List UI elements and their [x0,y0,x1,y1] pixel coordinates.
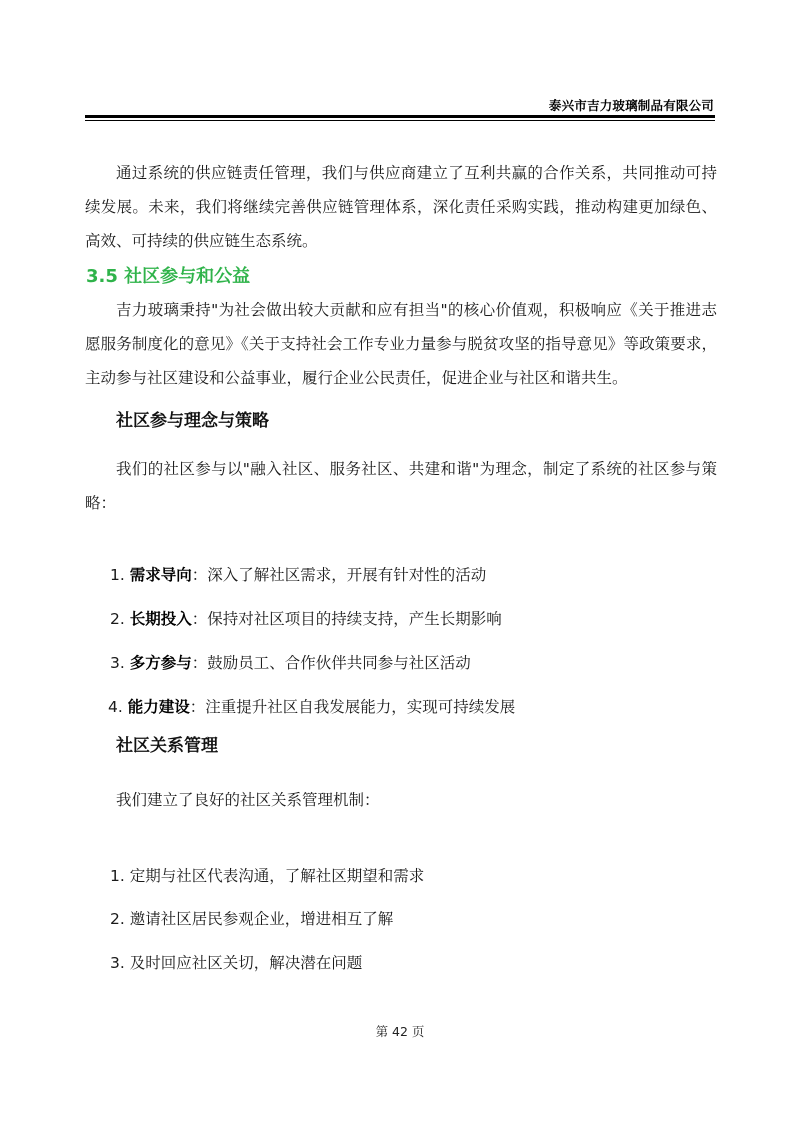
item-text: ：鼓励员工、合作伙伴共同参与社区活动 [192,654,471,672]
item-number: 1. [110,566,125,584]
item-term: 长期投入 [130,610,192,628]
strategy-list-item: 2. 长期投入：保持对社区项目的持续支持，产生长期影响 [110,607,502,629]
intro-paragraph: 通过系统的供应链责任管理，我们与供应商建立了互利共赢的合作关系，共同推动可持续发… [85,156,717,258]
section-paragraph: 吉力玻璃秉持"为社会做出较大贡献和应有担当"的核心价值观，积极响应《关于推进志愿… [85,293,717,395]
page-number: 第 42 页 [0,1022,800,1040]
item-term: 需求导向 [130,566,192,584]
item-term: 多方参与 [130,654,192,672]
relations-list-item: 1. 定期与社区代表沟通，了解社区期望和需求 [110,864,424,886]
strategy-paragraph: 我们的社区参与以"融入社区、服务社区、共建和谐"为理念，制定了系统的社区参与策略… [85,452,717,520]
relations-list-item: 3. 及时回应社区关切，解决潜在问题 [110,951,362,973]
item-text: ：深入了解社区需求，开展有针对性的活动 [192,566,487,584]
header-rule-thin [85,120,715,121]
strategy-list-item: 4. 能力建设：注重提升社区自我发展能力，实现可持续发展 [108,695,515,717]
relations-list-item: 2. 邀请社区居民参观企业，增进相互了解 [110,907,393,929]
strategy-list-item: 1. 需求导向：深入了解社区需求，开展有针对性的活动 [110,563,486,585]
header-rule-thick [85,115,715,118]
relations-intro: 我们建立了良好的社区关系管理机制： [116,788,380,810]
section-title: 3.5 社区参与和公益 [86,262,250,288]
item-term: 能力建设 [128,698,190,716]
header-company-name: 泰兴市吉力玻璃制品有限公司 [549,96,714,114]
document-page: 泰兴市吉力玻璃制品有限公司 通过系统的供应链责任管理，我们与供应商建立了互利共赢… [0,0,800,1131]
item-number: 2. [110,610,125,628]
item-number: 3. [110,654,125,672]
item-number: 4. [108,698,123,716]
item-text: ：注重提升社区自我发展能力，实现可持续发展 [190,698,516,716]
item-text: ：保持对社区项目的持续支持，产生长期影响 [192,610,502,628]
strategy-heading: 社区参与理念与策略 [116,406,269,431]
strategy-list-item: 3. 多方参与：鼓励员工、合作伙伴共同参与社区活动 [110,651,471,673]
relations-heading: 社区关系管理 [116,731,218,756]
